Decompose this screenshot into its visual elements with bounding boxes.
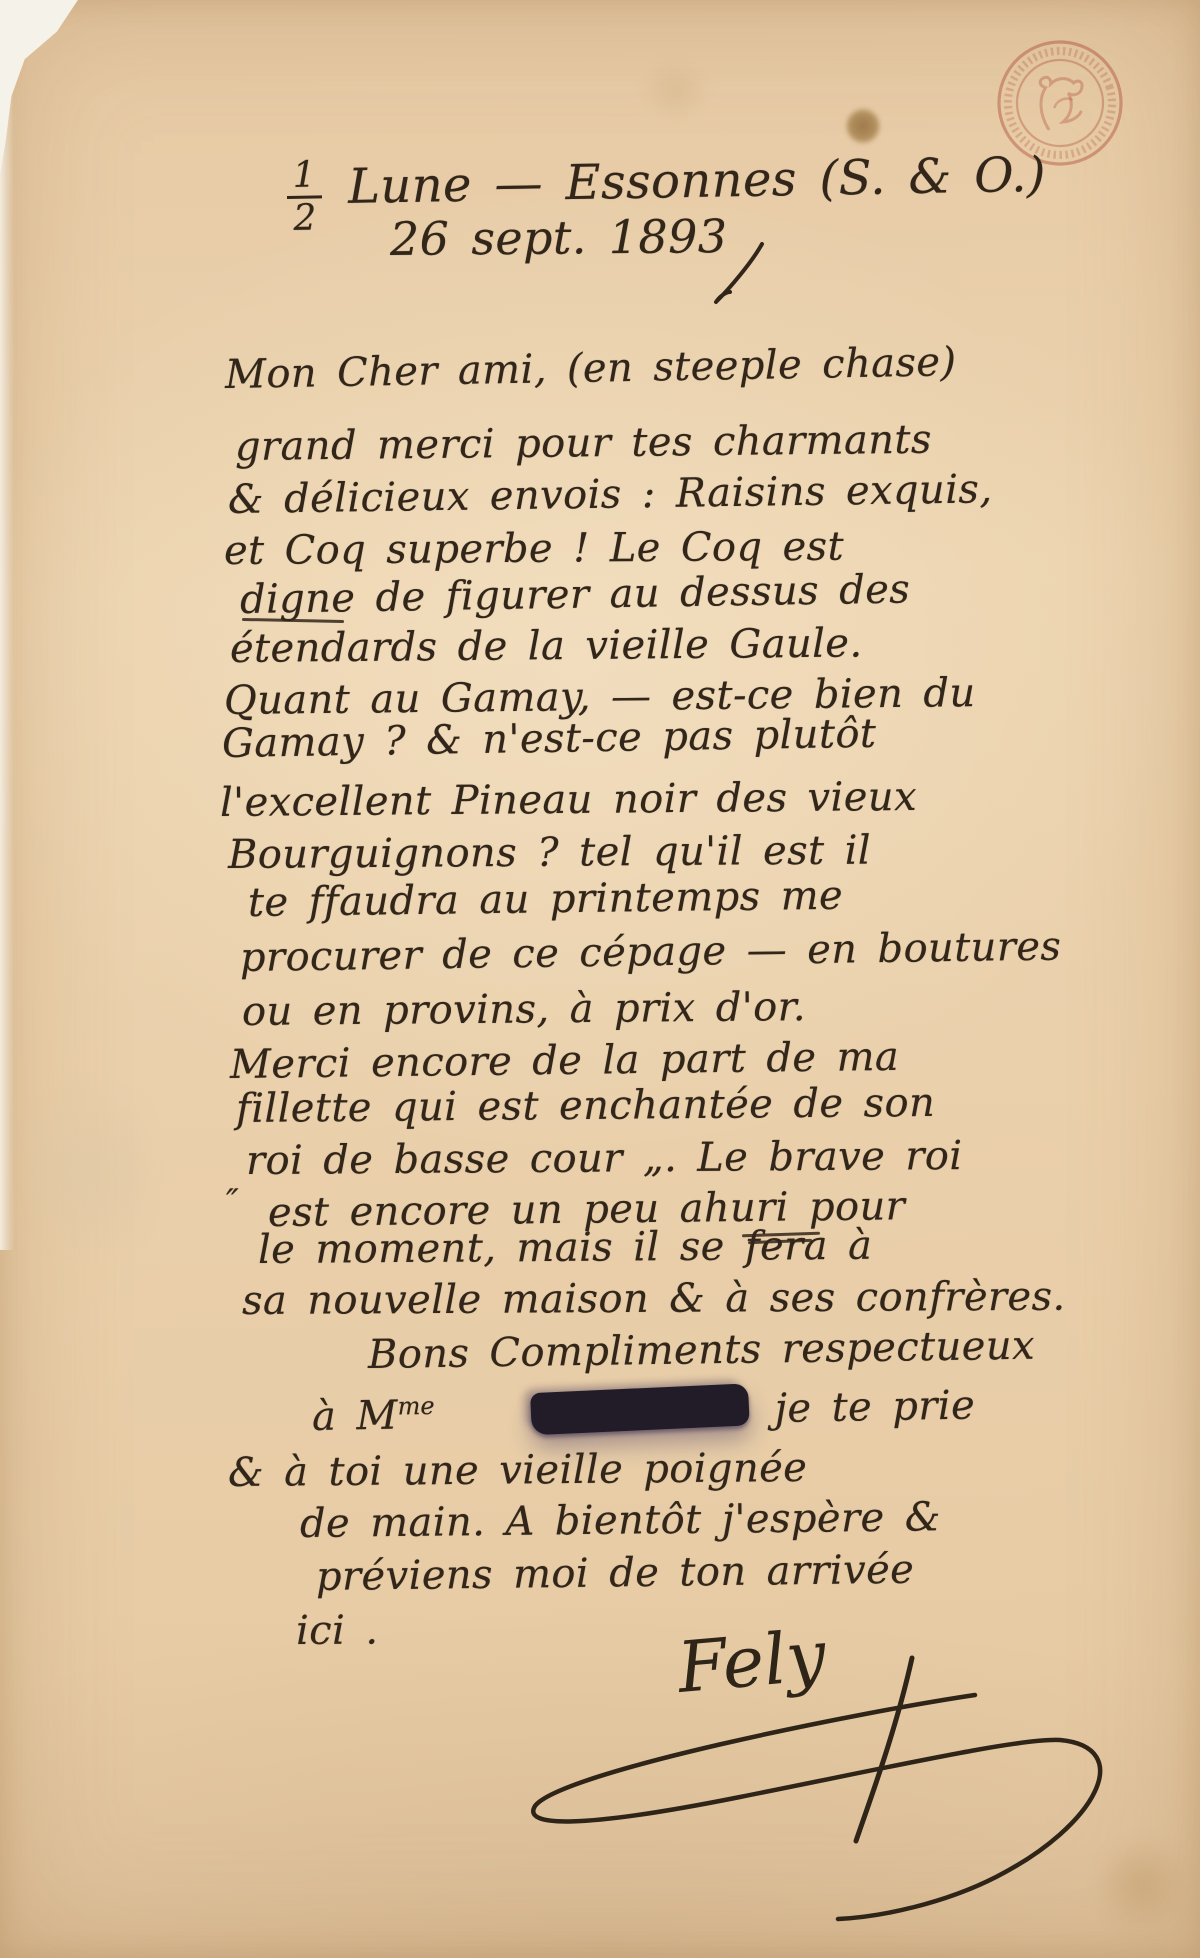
ink-redaction xyxy=(530,1383,750,1435)
mme-prefix: à M xyxy=(312,1393,399,1440)
scan-edge xyxy=(0,0,14,1250)
letter-line: grand merci pour tes charmants xyxy=(235,417,932,470)
letter-line: & délicieux envois : Raisins exquis, xyxy=(228,466,993,523)
letter-line: Bourguignons ? tel qu'il est il xyxy=(228,828,871,878)
paper-stain xyxy=(640,60,710,120)
letter-line: préviens moi de ton arrivée xyxy=(316,1547,915,1600)
signature-text: Fely xyxy=(672,1614,830,1709)
letter-line: Merci encore de la part de ma xyxy=(230,1034,900,1088)
pen-flourish xyxy=(700,240,790,310)
letter-line: fillette qui est enchantée de son xyxy=(236,1080,936,1132)
letter-line: roi de basse cour „. Le brave roi xyxy=(246,1133,963,1184)
letter-line: Gamay ? & n'est-ce pas plutôt xyxy=(222,711,877,767)
margin-quote-mark: ″ xyxy=(226,1182,239,1222)
letter-line: & à toi une vieille poignée xyxy=(228,1445,808,1496)
letter-line-mme: à Mmeje te prie xyxy=(312,1382,976,1440)
paper-stain xyxy=(30,1060,150,1280)
signature-flourish: Fely xyxy=(430,1600,1110,1958)
letter-page: 12Lune — Essonnes (S. & O.) 26 sept. 189… xyxy=(0,0,1200,1958)
paper-stain xyxy=(1098,1830,1188,1940)
letter-line: Bons Compliments respectueux xyxy=(368,1323,1036,1378)
torn-corner xyxy=(0,0,95,185)
letter-line: te ffaudra au printemps me xyxy=(248,873,844,926)
letter-line: l'excellent Pineau noir des vieux xyxy=(220,774,917,826)
letter-line: Mon Cher ami, (en steeple chase) xyxy=(225,339,957,398)
letter-line: le moment, mais il se fera à xyxy=(258,1223,873,1273)
mme-superscript: me xyxy=(397,1392,434,1421)
letter-line: ici . xyxy=(296,1608,379,1654)
letter-line: et Coq superbe ! Le Coq est xyxy=(224,524,844,574)
letter-line: étendards de la vieille Gaule. xyxy=(230,620,863,672)
letter-line: ou en provins, à prix d'or. xyxy=(242,984,806,1035)
letter-line: sa nouvelle maison & à ses confrères. xyxy=(242,1274,1066,1324)
letter-line: procurer de ce cépage — en boutures xyxy=(240,924,1062,981)
letter-line: de main. A bientôt j'espère & xyxy=(300,1494,941,1547)
one-half-fraction: 12 xyxy=(286,157,323,237)
mme-suffix: je te prie xyxy=(774,1382,975,1431)
letter-line: digne de figurer au dessus des xyxy=(240,566,911,623)
heading-date: 26 sept. 1893 xyxy=(390,209,728,266)
paper-stain xyxy=(846,108,880,144)
